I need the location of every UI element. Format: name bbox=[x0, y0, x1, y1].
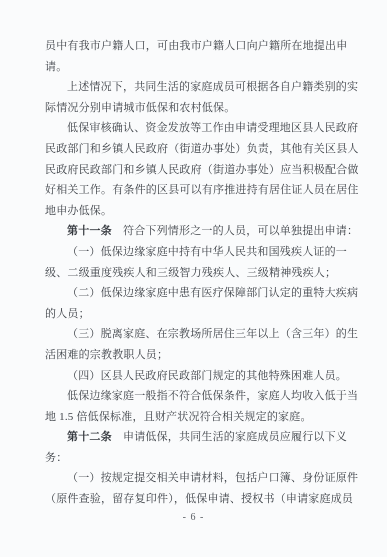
text-line: 民政府民政部门和乡镇人民政府（街道办事处）应当积极配合做 bbox=[45, 160, 345, 181]
text-line: 第十一条 符合下列情形之一的人员，可以单独提出申请： bbox=[45, 221, 345, 242]
text-line: （原件查验，留存复印件），低保申请、授权书（申请家庭成员 bbox=[45, 489, 345, 510]
text-line: （二）低保边缘家庭中患有医疗保障部门认定的重特大疾病 bbox=[45, 283, 345, 304]
text-line: 务： bbox=[45, 448, 345, 469]
text-line: （一）按规定提交相关申请材料，包括户口簿、身份证原件 bbox=[45, 468, 345, 489]
text-line: 际情况分别申请城市低保和农村低保。 bbox=[45, 98, 345, 119]
text-line: 地申办低保。 bbox=[45, 201, 345, 222]
text-line: 低保边缘家庭一般指不符合低保条件，家庭人均收入低于当 bbox=[45, 386, 345, 407]
document-page: 员中有我市户籍人口，可由我市户籍人口向户籍所在地提出申请。上述情况下，共同生活的… bbox=[0, 0, 387, 557]
text-line: 民政部门和乡镇人民政府（街道办事处）负责，其他有关区县人 bbox=[45, 139, 345, 160]
text-line: （三）脱离家庭、在宗教场所居住三年以上（含三年）的生 bbox=[45, 324, 345, 345]
document-body: 员中有我市户籍人口，可由我市户籍人口向户籍所在地提出申请。上述情况下，共同生活的… bbox=[45, 36, 345, 510]
text-line: 低保审核确认、资金发放等工作由申请受理地区县人民政府 bbox=[45, 118, 345, 139]
text-line: （四）区县人民政府民政部门规定的其他特殊困难人员。 bbox=[45, 366, 345, 387]
text-line: 地 1.5 倍低保标准，且财产状况符合相关规定的家庭。 bbox=[45, 407, 345, 428]
text-line: 第十二条 申请低保，共同生活的家庭成员应履行以下义 bbox=[45, 427, 345, 448]
text-line: （一）低保边缘家庭中持有中华人民共和国残疾人证的一 bbox=[45, 242, 345, 263]
text-line: 活困难的宗教教职人员； bbox=[45, 345, 345, 366]
text-line: 的人员； bbox=[45, 304, 345, 325]
text-line: 请。 bbox=[45, 57, 345, 78]
text-line: 员中有我市户籍人口，可由我市户籍人口向户籍所在地提出申 bbox=[45, 36, 345, 57]
text-line: 好相关工作。有条件的区县可以有序推进持有居住证人员在居住 bbox=[45, 180, 345, 201]
page-number: - 6 - bbox=[0, 511, 387, 525]
article-heading: 第十一条 bbox=[67, 225, 112, 237]
text-line: 级、二级重度残疾人和三级智力残疾人、三级精神残疾人； bbox=[45, 263, 345, 284]
article-heading: 第十二条 bbox=[67, 431, 112, 443]
text-line: 上述情况下，共同生活的家庭成员可根据各自户籍类别的实 bbox=[45, 77, 345, 98]
